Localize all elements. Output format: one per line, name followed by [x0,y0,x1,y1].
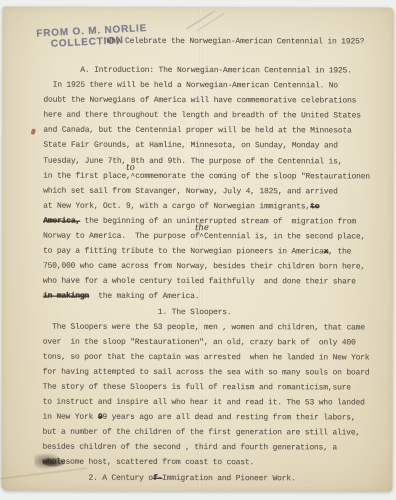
typed-text: to pay a fitting tribute to the Norwegia… [43,247,324,257]
typed-body-text: A. Introduction: The Norwegian-American … [42,63,391,487]
struck-text: f- [153,473,162,482]
insertion-caret-icon: ^ [199,234,203,241]
typed-text: the beginning of an uninterrupted stream… [80,217,356,227]
typed-line: 1. The Sloopers. [43,304,391,320]
typed-text: and Canada, but the Centennial proper wi… [43,126,351,136]
typed-text: in the first place, commemorate the comi… [43,171,370,181]
typed-line: who have for a whole century toiled fait… [43,274,391,290]
typed-text: 2. A Century o [42,473,152,482]
typed-text: The Sloopers were the 53 people, men , w… [43,322,365,332]
typed-line: in the first place, commemorate the comi… [43,168,391,184]
typed-line: 2. A Century of-Immigration and Pioneer … [42,470,390,486]
typed-text: , the [328,247,351,256]
typed-line: Tuesday, June 7th, 8th and 9th. The purp… [43,153,391,169]
typed-text: for having attempted to sail across the … [43,367,370,377]
typed-line: tons, so poor that the captain was arres… [43,349,391,365]
typed-line: in makingn the making of America. [43,289,391,305]
typed-line: The story of these Sloopers is full of r… [43,380,391,396]
typed-text: at New York, Oct. 9, with a cargo of Nor… [43,201,310,211]
typed-line: which set sail from Stavanger, Norway, J… [43,183,391,199]
typed-text: the making of America. [89,292,199,301]
typed-text: doubt the Norwegians of America will hav… [43,96,356,106]
typed-text: 1. The Sloopers. [43,307,232,316]
typed-line: in New York 99 years ago are all dead an… [43,410,391,426]
document-page: FROM O. M. NORLIE COLLECTION Why Celebra… [1,6,393,491]
typed-text: Tuesday, June 7th, 8th and 9th. The purp… [43,156,342,166]
typed-line: to pay a fitting tribute to the Norwegia… [43,244,391,260]
typed-line: doubt the Norwegians of America will hav… [43,93,391,109]
typed-text: In 1925 there will be held a Norwegian-A… [43,81,337,91]
typed-text: but a number of the children of the firs… [43,428,360,438]
typed-text: 9 years ago are all dead and resting fro… [102,413,355,423]
insertion-caret-icon: ^ [131,173,135,180]
typed-text: which set sail from Stavanger, Norway, J… [43,186,337,196]
typed-line: wholesome host, scattered from coast to … [42,455,390,471]
typed-text: 750,000 who came across from Norway, bes… [43,262,365,272]
typed-text: some host, scattered from coast to coast… [65,458,254,467]
typed-text: here and there throughout the length and… [43,111,360,121]
typed-text: who have for a whole century toiled fait… [43,277,356,287]
typed-text: in New York [43,413,98,422]
typed-text: The story of these Sloopers is full of r… [43,383,351,393]
typed-line: In 1925 there will be held a Norwegian-A… [43,78,391,94]
typed-line: besides children of the second , third a… [42,440,390,456]
typed-line: and Canada, but the Centennial proper wi… [43,123,391,139]
ink-speck [30,128,36,135]
typed-text: State Fair Grounds, at Hamline, Minnesot… [43,141,337,151]
struck-text: in makingn [43,292,89,301]
typed-text: over in the sloop "Restaurationen", an o… [43,337,356,347]
typed-line: to instruct and inspire all who hear it … [43,395,391,411]
typed-line: State Fair Grounds, at Hamline, Minnesot… [43,138,391,154]
typed-text: A. Introduction: The Norwegian-American … [43,66,351,76]
pencil-mark-icon [185,8,247,32]
typed-line: for having attempted to sail across the … [43,364,391,380]
typed-text: Immigration and Pioneer Work. [162,473,295,482]
typed-line: at New York, Oct. 9, with a cargo of Nor… [43,198,391,214]
typed-line: Norway to America. The purpose of Centen… [43,229,391,245]
struck-text: America, [43,217,80,226]
typed-line: over in the sloop "Restaurationen", an o… [43,334,391,350]
struck-text: to [310,202,319,211]
typed-line: 750,000 who came across from Norway, bes… [43,259,391,275]
typed-line: A. Introduction: The Norwegian-American … [43,63,391,79]
typed-line: America, the beginning of an uninterrupt… [43,214,391,230]
typed-line: The Sloopers were the 53 people, men , w… [43,319,391,335]
typed-line: here and there throughout the length and… [43,108,391,124]
typed-line: but a number of the children of the firs… [42,425,390,441]
scan-background: { "stamp": { "line1": "FROM O. M. NORLIE… [0,0,396,500]
document-title: Why Celebrate the Norwegian-American Cen… [107,37,365,47]
typed-text: to instruct and inspire all who hear it … [43,398,365,408]
typed-text: besides children of the second , third a… [42,443,336,453]
ink-blot [34,454,60,469]
typed-text: tons, so poor that the captain was arres… [43,352,370,362]
